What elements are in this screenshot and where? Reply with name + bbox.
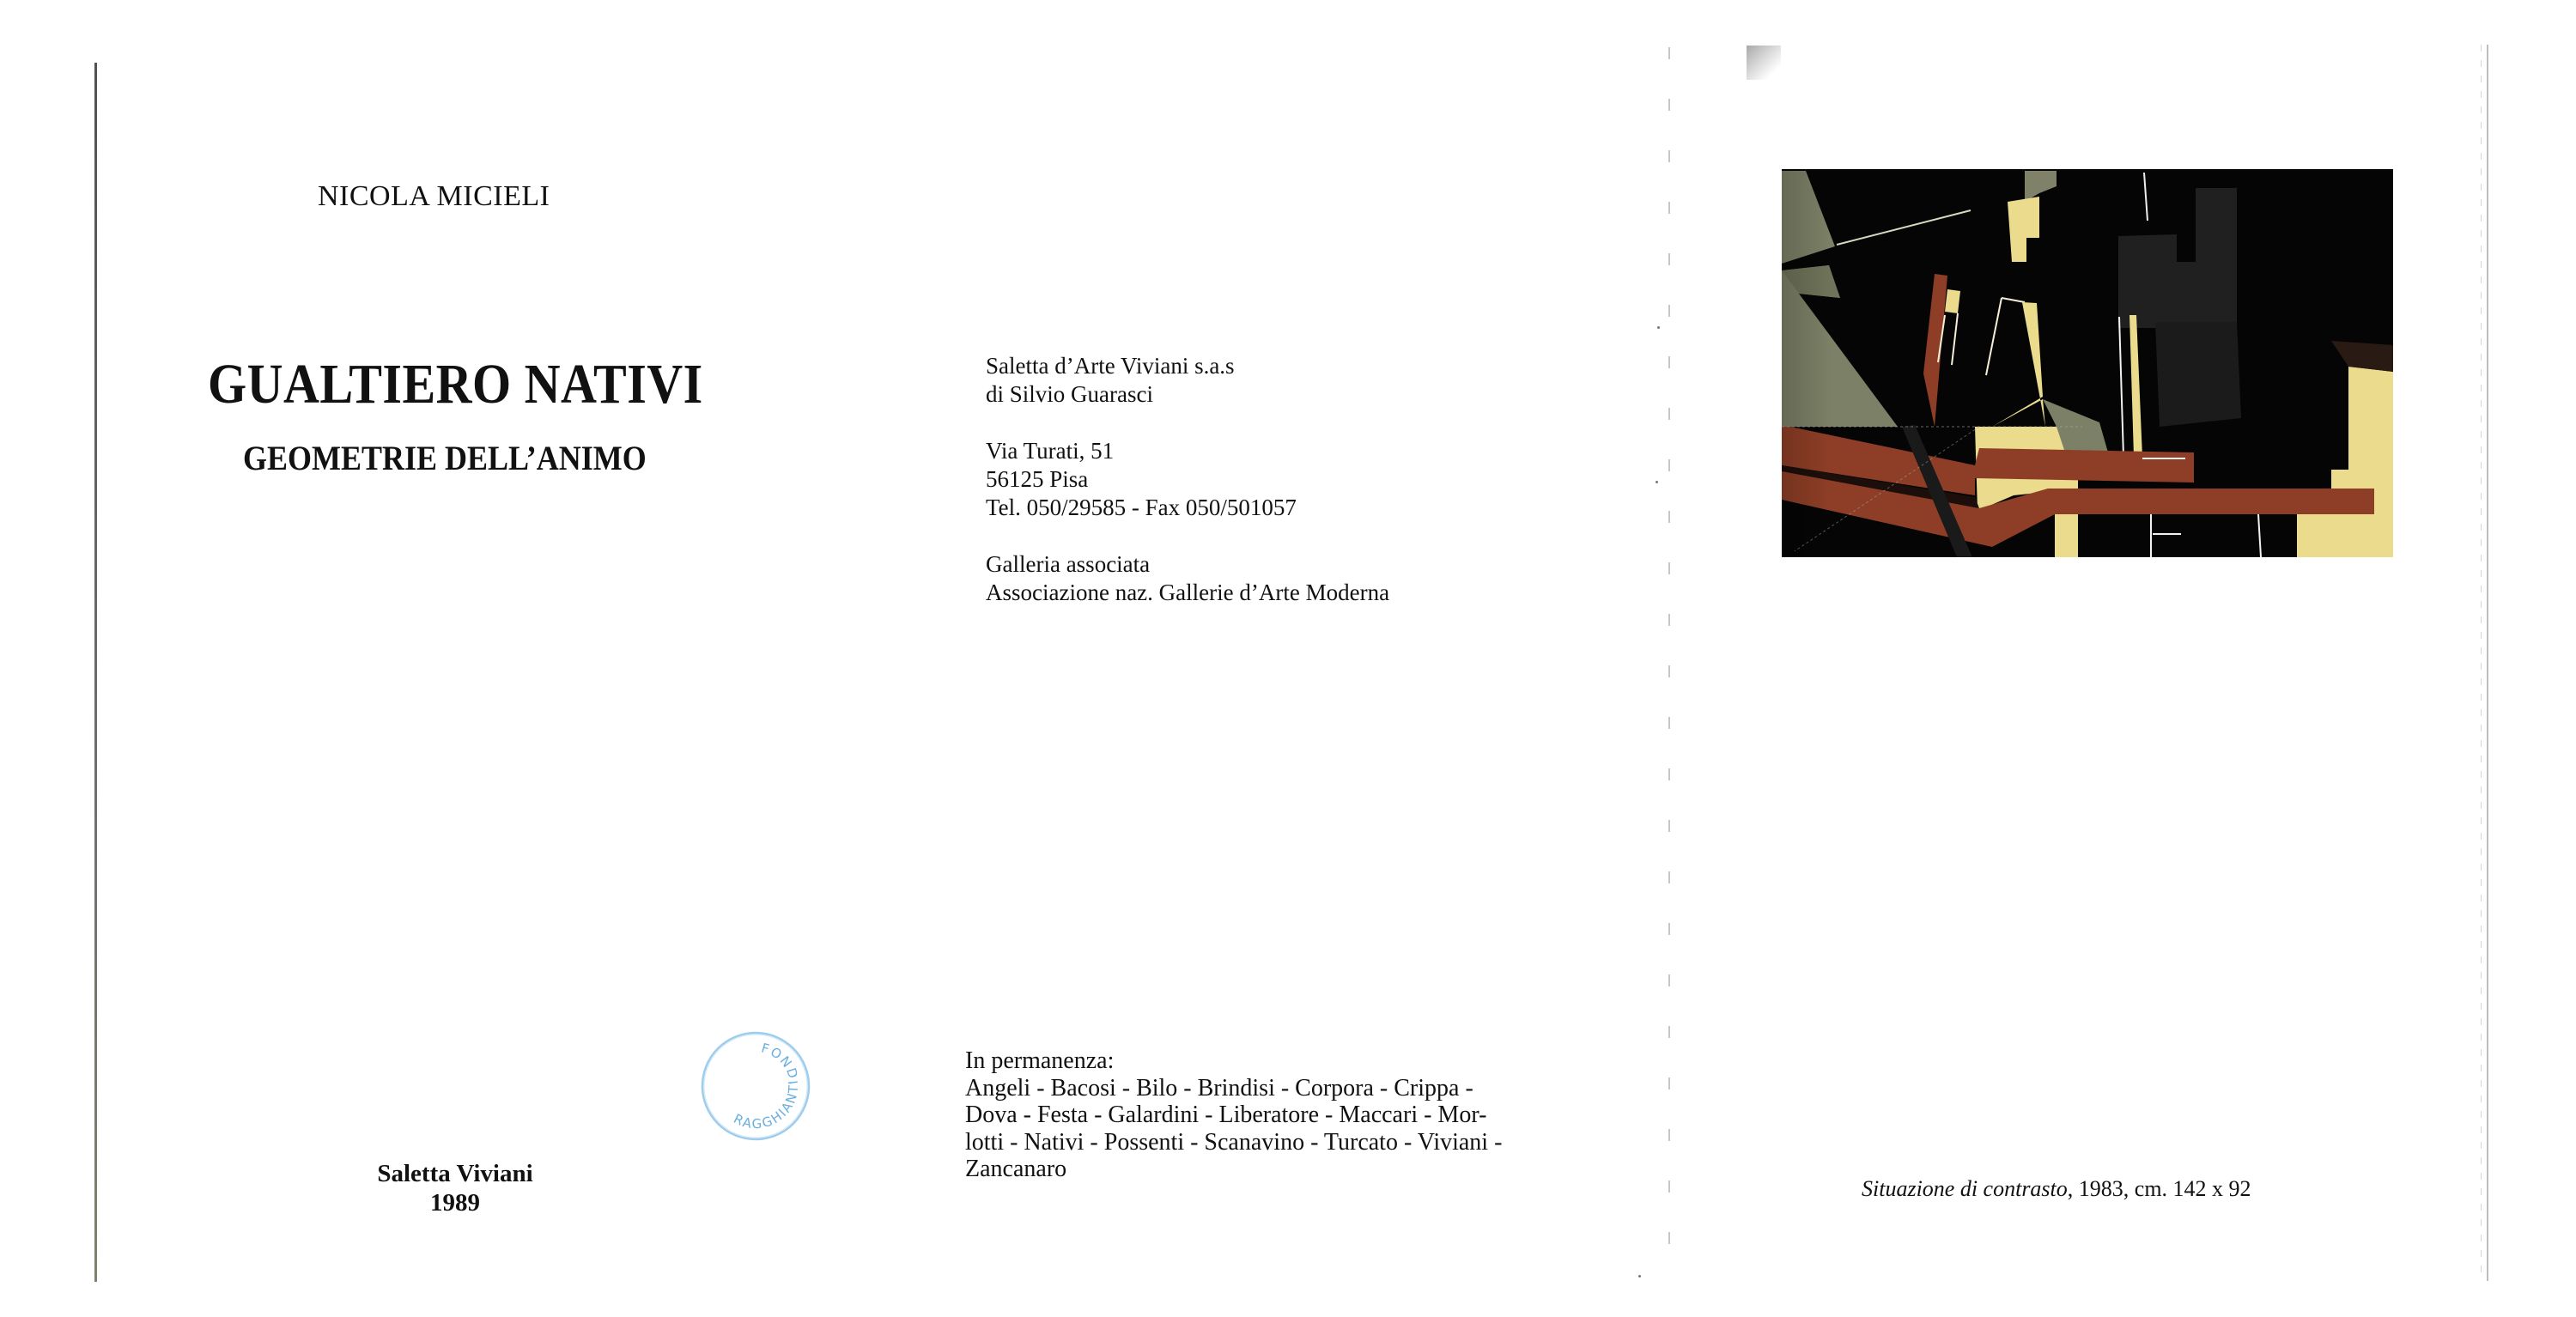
center-fold-line (1668, 47, 1670, 1284)
book-title: GUALTIERO NATIVI (208, 352, 703, 417)
artwork-details: , 1983, cm. 142 x 92 (2068, 1176, 2251, 1201)
abstract-painting (1782, 169, 2393, 557)
paper-speck (1657, 326, 1660, 329)
library-stamp: FOND. RAGGHIANTI (696, 1026, 816, 1146)
phone-fax: Tel. 050/29585 - Fax 050/501057 (986, 494, 1389, 522)
artists-line: Zancanaro (965, 1156, 1583, 1183)
left-page-edge (94, 63, 97, 1282)
association-name: Associazione naz. Gallerie d’Arte Modern… (986, 579, 1389, 607)
artists-line: Angeli - Bacosi - Bilo - Brindisi - Corp… (965, 1075, 1583, 1102)
right-page-edge-shadow (2481, 45, 2482, 1281)
city-postcode: 56125 Pisa (986, 465, 1389, 494)
paper-speck (1656, 481, 1658, 483)
publisher-block: Saletta Viviani 1989 (326, 1159, 584, 1217)
gallery-address-block: Saletta d’Arte Viviani s.a.s di Silvio G… (986, 352, 1389, 607)
paper-speck (1638, 1275, 1641, 1278)
permanent-heading: In permanenza: (965, 1047, 1583, 1075)
association-label: Galleria associata (986, 550, 1389, 579)
publication-year: 1989 (326, 1188, 584, 1217)
publisher-name: Saletta Viviani (326, 1159, 584, 1188)
permanent-artists-block: In permanenza: Angeli - Bacosi - Bilo - … (965, 1047, 1583, 1183)
book-subtitle: GEOMETRIE DELL’ANIMO (243, 438, 647, 478)
author-name: NICOLA MICIELI (318, 180, 550, 213)
right-page-edge (2487, 45, 2488, 1281)
artists-line: Dova - Festa - Galardini - Liberatore - … (965, 1102, 1583, 1129)
gallery-owner: di Silvio Guarasci (986, 380, 1389, 409)
street-address: Via Turati, 51 (986, 437, 1389, 465)
stamp-icon: FOND. RAGGHIANTI (696, 1026, 816, 1146)
artwork-caption: Situazione di contrasto, 1983, cm. 142 x… (1862, 1176, 2251, 1202)
artwork-title: Situazione di contrasto (1862, 1176, 2068, 1201)
gallery-name: Saletta d’Arte Viviani s.a.s (986, 352, 1389, 380)
page-corner-shadow (1747, 46, 1781, 80)
artwork-image (1782, 169, 2393, 557)
artists-line: lotti - Nativi - Possenti - Scanavino - … (965, 1129, 1583, 1156)
